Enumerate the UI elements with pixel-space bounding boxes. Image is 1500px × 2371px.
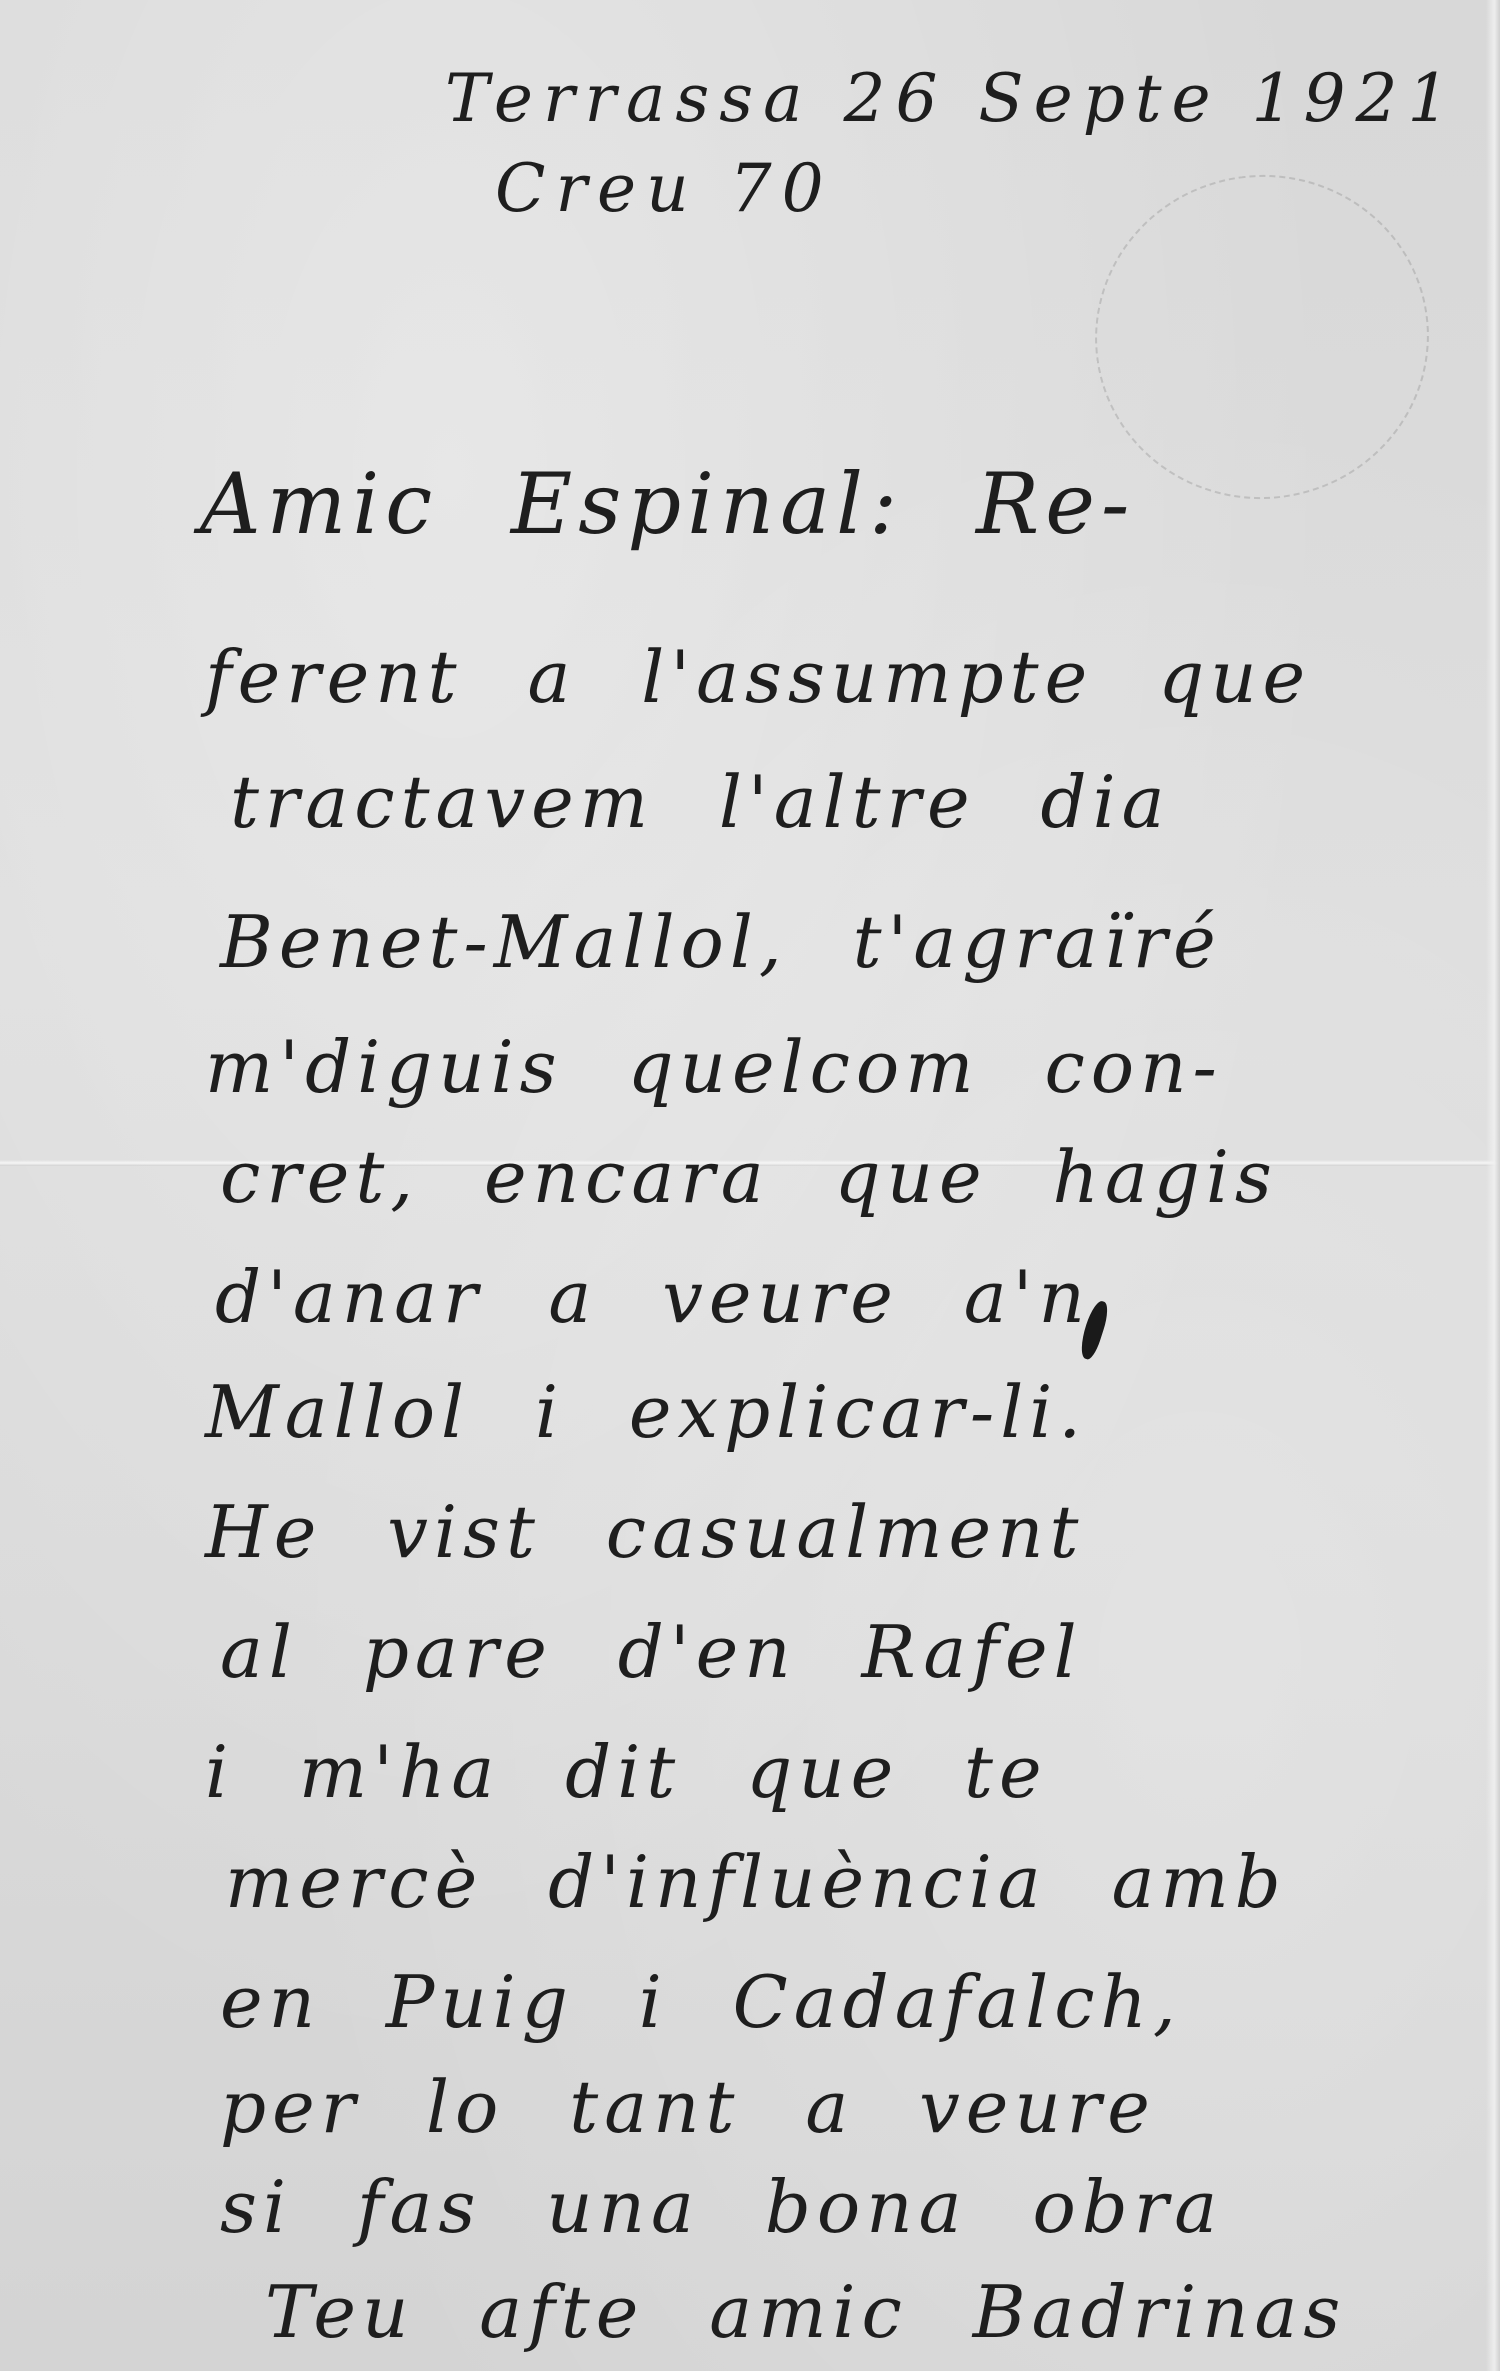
- body-line-11: mercè d'influència amb: [225, 1840, 1287, 1924]
- body-line-8: He vist casualment: [205, 1490, 1084, 1574]
- greeting-line: Amic Espinal: Re-: [200, 455, 1135, 553]
- body-line-10: i m'ha dit que te: [205, 1730, 1048, 1814]
- closing-signature: Teu afte amic Badrinas: [265, 2270, 1346, 2354]
- address-line: Creu 70: [495, 150, 834, 227]
- body-line-6: d'anar a veure a'n: [215, 1255, 1091, 1339]
- body-line-9: al pare d'en Rafel: [220, 1610, 1083, 1694]
- body-line-7: Mallol i explicar-li.: [205, 1370, 1087, 1454]
- body-line-13: per lo tant a veure: [220, 2065, 1156, 2149]
- body-line-14: si fas una bona obra: [220, 2165, 1223, 2249]
- body-line-2: tractavem l'altre dia: [230, 760, 1171, 844]
- letter-page: Terrassa 26 Septe 1921 Creu 70 Amic Espi…: [0, 0, 1500, 2371]
- body-line-3: Benet-Mallol, t'agraïré: [220, 900, 1222, 984]
- body-line-5: cret, encara que hagis: [220, 1135, 1278, 1219]
- body-line-1: ferent a l'assumpte que: [205, 635, 1311, 719]
- paper-edge: [1486, 0, 1500, 2371]
- body-line-12: en Puig i Cadafalch,: [220, 1960, 1182, 2044]
- body-line-4: m'diguis quelcom con-: [205, 1025, 1223, 1109]
- place-date-line: Terrassa 26 Septe 1921: [445, 60, 1459, 137]
